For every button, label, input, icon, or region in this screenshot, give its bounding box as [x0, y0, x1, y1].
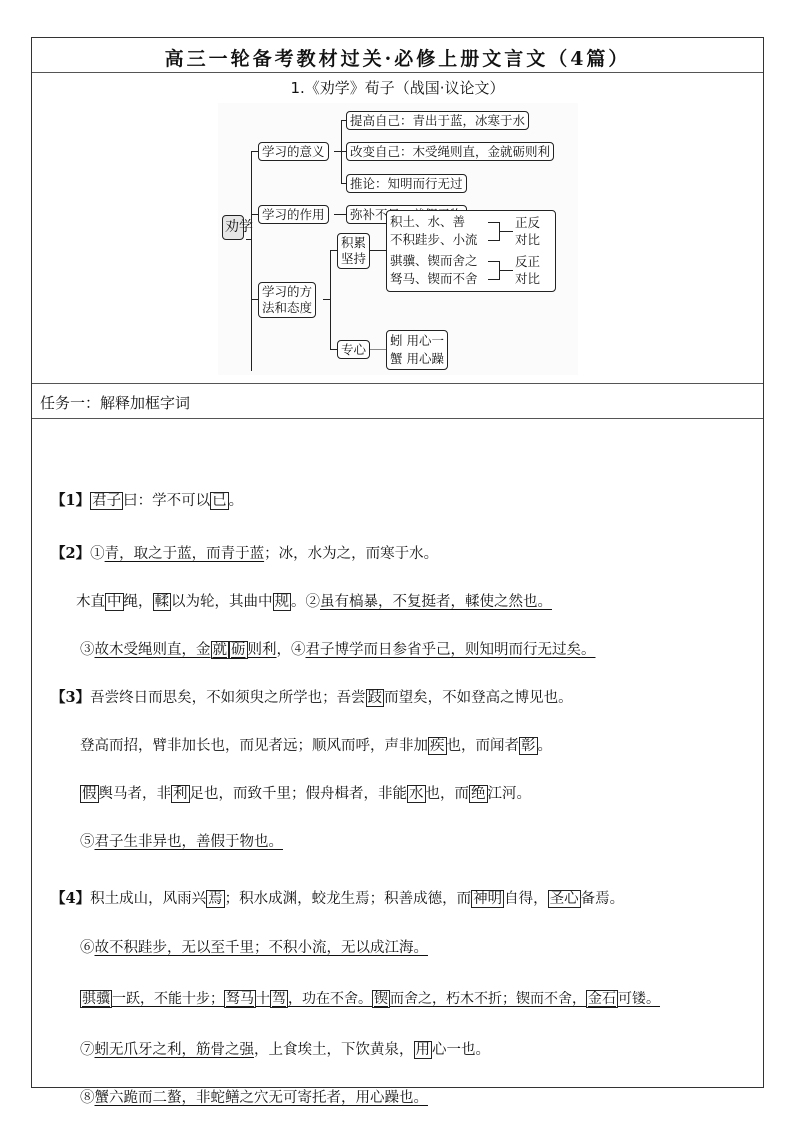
text: 而望矣，不如登高之博见也。 [384, 690, 573, 706]
node-focus: 专心 [337, 340, 370, 359]
text: 。 [229, 493, 244, 509]
boxed-word: 圣心 [548, 890, 581, 908]
text: 吾尝终日而思矣，不如须臾之所学也；吾尝 [90, 690, 366, 706]
boxed-word: 已 [210, 492, 229, 510]
lesson-title: 1.《劝学》荀子（战国·议论文） [32, 77, 763, 98]
underlined-sentence: ，功在不舍。 [288, 991, 372, 1007]
underlined-sentence: 十 [256, 991, 270, 1007]
sentence-marker: ① [90, 546, 105, 562]
text: 备焉。 [581, 891, 625, 907]
task-row: 任务一：解释加框字词 [32, 384, 763, 419]
passage-3-line-1: 【3】吾尝终日而思矣，不如须臾之所学也；吾尝跂而望矣，不如登高之博见也。 [51, 688, 573, 708]
item-text: 蟹 用心躁 [390, 350, 444, 368]
item-text: 不积跬步、小流 [390, 232, 478, 247]
focus-box: 蚓 用心一 蟹 用心躁 [386, 330, 448, 370]
passage-1: 【1】君子曰：学不可以已。 [51, 491, 243, 511]
boxed-word: 砺 [229, 641, 248, 659]
boxed-word: 疾 [428, 737, 447, 755]
text: 木直 [76, 594, 105, 610]
passage-4-line-1: 【4】积土成山，风雨兴焉；积水成渊，蛟龙生焉；积善成德，而神明自得，圣心备焉。 [51, 889, 624, 909]
passage-4-line-2: ⑥故不积跬步，无以至千里；不积小流，无以成江海。 [80, 938, 428, 958]
passage-4-line-4: ⑦蚓无爪牙之利，筋骨之强，上食埃土，下饮黄泉，用心一也。 [80, 1040, 490, 1060]
branch-label-line: 学习的方 [262, 284, 312, 300]
boxed-word: 绝 [469, 785, 488, 803]
connector [330, 250, 331, 350]
underlined-sentence: 君子生非异也，善假于物也。 [95, 834, 284, 850]
sentence-marker: ③ [80, 642, 95, 658]
diagram-root: 劝学 [222, 215, 244, 240]
boxed-word: 跂 [366, 689, 385, 707]
boxed-word: 輮 [153, 593, 172, 611]
leaf-label: 改变自己：木受绳则直，金就砺则利 [350, 144, 550, 159]
contrast-box: 积土、水、善 不积跬步、小流 骐骥、锲而舍之 驽马、锲而不舍 正反 对比 [386, 210, 556, 292]
sentence-marker: ⑦ [80, 1042, 95, 1058]
underlined-sentence: 蟹六跪而二螯，非蛇鳝之穴无可寄托者，用心躁也。 [95, 1090, 429, 1106]
node-label-line: 积累 [341, 235, 366, 251]
leaf-label: 提高自己：青出于蓝，冰寒于水 [350, 113, 525, 128]
title-row: 高三一轮备考教材过关·必修上册文言文（4篇） [32, 38, 763, 73]
boxed-word: 驽马 [224, 990, 256, 1008]
branch-meaning: 学习的意义 [258, 142, 329, 161]
item-text: 驽马、锲而不舍 [390, 271, 478, 286]
text: ；冰，水为之，而寒于水。 [264, 546, 438, 562]
branch-function: 学习的作用 [258, 205, 329, 224]
connector [370, 349, 387, 350]
boxed-word: 水 [407, 785, 426, 803]
contrast-label-line: 对比 [515, 231, 540, 248]
passage-3-line-4: ⑤君子生非异也，善假于物也。 [80, 832, 283, 852]
text: 积土成山，风雨兴 [90, 891, 206, 907]
leaf-node: 改变自己：木受绳则直，金就砺则利 [346, 142, 554, 161]
contrast-label-line: 对比 [515, 270, 540, 287]
passage-section: 【1】君子曰：学不可以已。 【2】①青，取之于蓝，而青于蓝；冰，水为之，而寒于水… [32, 419, 763, 1087]
underlined-sentence: 蚓无爪牙之利，筋骨之强 [95, 1042, 255, 1058]
underlined-sentence: 一跃，不能十步； [112, 991, 224, 1007]
sentence-marker: ④ [291, 642, 306, 658]
boxed-word: 利 [171, 785, 190, 803]
underlined-sentence: 虽有槁暴，不复挺者，輮使之然也。 [320, 594, 552, 610]
passage-3-line-3: 假舆马者，非利足也，而致千里；假舟楫者，非能水也，而绝江河。 [80, 784, 531, 804]
text: ， [277, 642, 292, 658]
boxed-word: 驾 [270, 990, 288, 1008]
item-text: 蚓 用心一 [390, 332, 444, 350]
item-text: 骐骥、锲而舍之 [390, 253, 478, 268]
boxed-word: 中 [105, 593, 124, 611]
text: 也，而闻者 [447, 738, 520, 754]
boxed-word: 焉 [206, 890, 225, 908]
underlined-sentence: 则利 [248, 642, 277, 658]
text: 曰：学不可以 [123, 493, 210, 509]
connector [251, 151, 252, 371]
boxed-word: 骐骥 [80, 990, 112, 1008]
text: 以为轮，其曲中 [171, 594, 273, 610]
node-accumulate: 积累 坚持 [337, 233, 370, 269]
root-label: 劝学 [225, 219, 253, 235]
passage-4-line-5: ⑧蟹六跪而二螯，非蛇鳝之穴无可寄托者，用心躁也。 [80, 1088, 428, 1108]
underlined-sentence: 故木受绳则直，金 [95, 642, 211, 658]
underlined-sentence: 可镂。 [618, 991, 660, 1007]
item-text: 积土、水、善 [390, 214, 465, 229]
boxed-word: 金石 [586, 990, 618, 1008]
contrast-label-line: 正反 [515, 214, 540, 231]
passage-2-line-1: 【2】①青，取之于蓝，而青于蓝；冰，水为之，而寒于水。 [51, 544, 438, 564]
text: 心一也。 [432, 1042, 490, 1058]
passage-number: 【4】 [51, 890, 90, 907]
leaf-node: 提高自己：青出于蓝，冰寒于水 [346, 111, 529, 130]
diagram-row: 1.《劝学》荀子（战国·议论文） 劝学 学习的意义 提高自己：青出于蓝，冰寒于水 [32, 73, 763, 384]
boxed-word: 用 [414, 1041, 433, 1059]
passage-3-line-2: 登高而招，臂非加长也，而见者远；顺风而呼，声非加疾也，而闻者彰。 [80, 736, 552, 756]
connector [499, 270, 513, 271]
node-label-line: 坚持 [341, 251, 366, 267]
passage-number: 【3】 [51, 689, 90, 706]
branch-label: 学习的作用 [262, 207, 325, 222]
text: ；积水成渊，蛟龙生焉；积善成德，而 [225, 891, 472, 907]
text: 绳， [124, 594, 153, 610]
text: 。 [291, 594, 306, 610]
sentence-marker: ② [306, 594, 321, 610]
passage-4-line-3: 骐骥一跃，不能十步；驽马十驾，功在不舍。锲而舍之，朽木不折；锲而不舍，金石可镂。 [80, 989, 660, 1009]
text: 足也，而致千里；假舟楫者，非能 [190, 786, 408, 802]
boxed-word: 假 [80, 785, 99, 803]
structure-diagram: 劝学 学习的意义 提高自己：青出于蓝，冰寒于水 改变自己：木受绳则直，金就砺则利 [218, 103, 578, 375]
branch-label-line: 法和态度 [262, 300, 312, 316]
boxed-word: 就 [211, 641, 230, 659]
contrast-label-line: 反正 [515, 253, 540, 270]
text: 登高而招，臂非加长也，而见者远；顺风而呼，声非加 [80, 738, 428, 754]
connector [370, 250, 387, 251]
passage-2-line-3: ③故木受绳则直，金就砺则利，④君子博学而日参省乎己，则知明而行无过矣。 [80, 640, 596, 660]
branch-method: 学习的方 法和态度 [258, 282, 316, 318]
text: 舆马者，非 [99, 786, 172, 802]
text: 自得， [504, 891, 548, 907]
boxed-word: 规 [273, 593, 292, 611]
text: ，上食埃土，下饮黄泉， [254, 1042, 414, 1058]
underlined-sentence: 而舍之，朽木不折；锲而不舍， [390, 991, 586, 1007]
underlined-sentence: 青，取之于蓝，而青于蓝 [105, 546, 265, 562]
boxed-word: 彰 [519, 737, 538, 755]
contrast-label: 反正 对比 [515, 253, 540, 287]
boxed-word: 神明 [471, 890, 504, 908]
contrast-label: 正反 对比 [515, 214, 540, 248]
leaf-label: 推论：知明而行无过 [350, 176, 463, 191]
boxed-word: 锲 [372, 990, 390, 1008]
text: 。 [538, 738, 553, 754]
leaf-node: 推论：知明而行无过 [346, 174, 467, 193]
text: 也，而 [426, 786, 470, 802]
boxed-word: 君子 [90, 492, 123, 510]
passage-number: 【1】 [51, 492, 90, 509]
underlined-sentence: 君子博学而日参省乎己，则知明而行无过矣。 [306, 642, 596, 658]
sentence-marker: ⑥ [80, 940, 95, 956]
text: 江河。 [488, 786, 532, 802]
passage-2-line-2: 木直中绳，輮以为轮，其曲中规。②虽有槁暴，不复挺者，輮使之然也。 [76, 592, 552, 612]
sentence-marker: ⑧ [80, 1090, 95, 1106]
branch-label: 学习的意义 [262, 144, 325, 159]
connector [499, 231, 513, 232]
node-label: 专心 [341, 342, 366, 357]
page-title: 高三一轮备考教材过关·必修上册文言文（4篇） [32, 44, 763, 71]
worksheet-table: 高三一轮备考教材过关·必修上册文言文（4篇） 1.《劝学》荀子（战国·议论文） … [31, 37, 764, 1088]
underlined-sentence: 故不积跬步，无以至千里；不积小流，无以成江海。 [95, 940, 429, 956]
passage-number: 【2】 [51, 545, 90, 562]
task-heading: 任务一：解释加框字词 [40, 392, 190, 413]
sentence-marker: ⑤ [80, 834, 95, 850]
